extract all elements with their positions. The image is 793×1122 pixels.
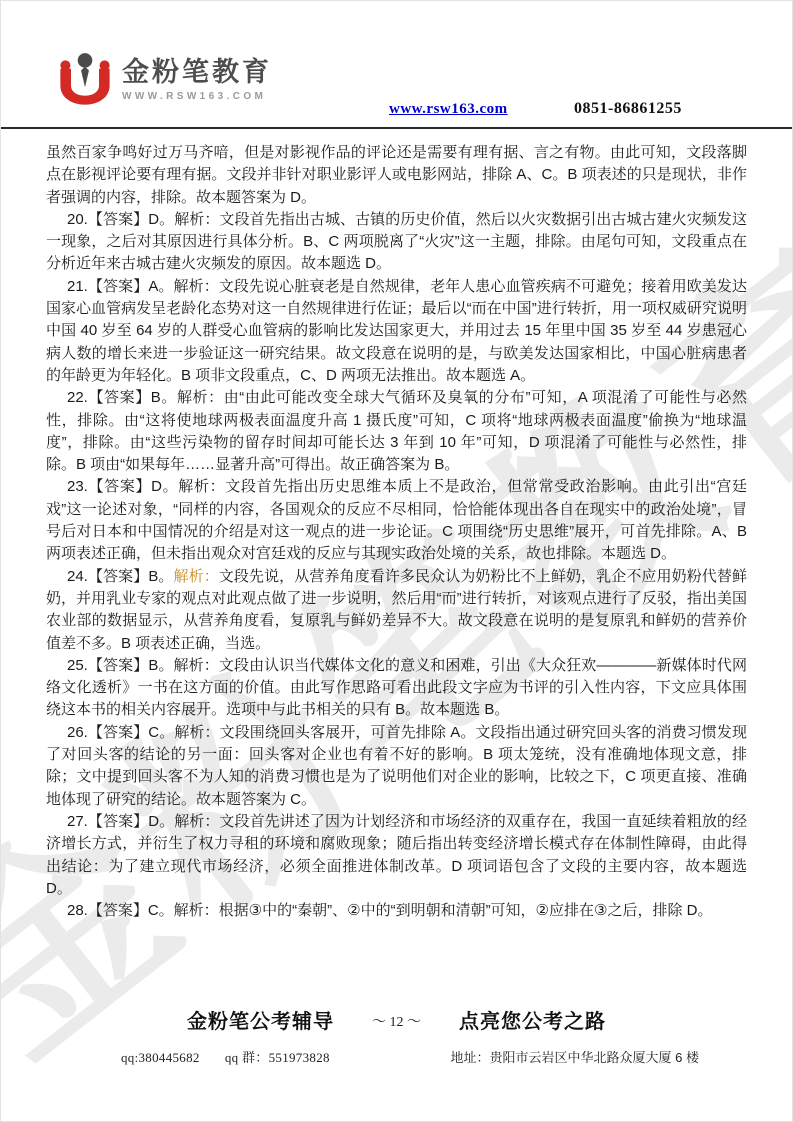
logo-title: 金粉笔教育 — [122, 58, 272, 88]
document-page: 金粉笔教育 金粉笔教育 WWW.RSW163.COM www.rsw163.co… — [0, 0, 793, 1122]
logo: 金粉笔教育 WWW.RSW163.COM — [57, 45, 272, 115]
answer-paragraph-27: 27.【答案】D。解析：文段首先讲述了因为计划经济和市场经济的双重存在，我国一直… — [46, 811, 747, 900]
answer-paragraph-20: 20.【答案】D。解析：文段首先指出古城、古镇的历史价值，然后以火灾数据引出古城… — [46, 209, 747, 276]
footer-slogan-line: 金粉笔公考辅导～ 12 ～点亮您公考之路 — [1, 1005, 792, 1034]
website-link[interactable]: www.rsw163.com — [389, 101, 508, 118]
paragraph-text: 24.【答案】B。 — [67, 568, 174, 585]
answer-paragraph-19-continuation: 虽然百家争鸣好过万马齐喑，但是对影视作品的评论还是需要有理有据、言之有物。由此可… — [46, 142, 747, 209]
answer-paragraph-23: 23.【答案】D。解析：文段首先指出历史思维本质上不是政治，但常常受政治影响。由… — [46, 476, 747, 565]
page-header: 金粉笔教育 WWW.RSW163.COM www.rsw163.com 0851… — [1, 1, 792, 129]
answers-list: 虽然百家争鸣好过万马齐喑，但是对影视作品的评论还是需要有理有据、言之有物。由此可… — [1, 129, 792, 1000]
logo-subtitle: WWW.RSW163.COM — [122, 91, 272, 102]
page-number: ～ 12 ～ — [372, 1015, 421, 1030]
footer-contact-line: qq:380445682 qq 群：551973828 地址：贵阳市云岩区中华北… — [121, 1047, 699, 1066]
paragraph-text: 20.【答案】D。解析：文段首先指出古城、古镇的历史价值，然后以火灾数据引出古城… — [46, 211, 747, 273]
paragraph-text: 23.【答案】D。解析：文段首先指出历史思维本质上不是政治，但常常受政治影响。由… — [46, 478, 747, 562]
paragraph-text: 21.【答案】A。解析：文段先说心脏衰老是自然规律，老年人患心血管疾病不可避免；… — [46, 278, 747, 384]
answer-paragraph-28: 28.【答案】C。解析：根据③中的“秦朝”、②中的“到明朝和清朝”可知，②应排在… — [46, 900, 747, 922]
answer-paragraph-22: 22.【答案】B。解析：由“由此可能改变全球大气循环及臭氧的分布”可知，A 项混… — [46, 387, 747, 476]
logo-text: 金粉笔教育 WWW.RSW163.COM — [122, 58, 272, 102]
paragraph-text: 22.【答案】B。解析：由“由此可能改变全球大气循环及臭氧的分布”可知，A 项混… — [46, 389, 747, 473]
answer-paragraph-25: 25.【答案】B。解析：文段由认识当代媒体文化的意义和困难，引出《大众狂欢———… — [46, 655, 747, 722]
qq-group-number: qq 群：551973828 — [225, 1050, 330, 1065]
footer-slogan: 点亮您公考之路 — [459, 1011, 606, 1033]
paragraph-text: 27.【答案】D。解析：文段首先讲述了因为计划经济和市场经济的双重存在，我国一直… — [46, 813, 747, 897]
answer-paragraph-24: 24.【答案】B。解析：文段先说，从营养角度看许多民众认为奶粉比不上鲜奶，乳企不… — [46, 566, 747, 655]
address-info: 地址：贵阳市云岩区中华北路众厦大厦 6 楼 — [451, 1047, 699, 1066]
qq-number: qq:380445682 — [121, 1050, 200, 1065]
answer-paragraph-26: 26.【答案】C。解析：文段围绕回头客展开，可首先排除 A。文段指出通过研究回头… — [46, 722, 747, 811]
paragraph-text: 虽然百家争鸣好过万马齐喑，但是对影视作品的评论还是需要有理有据、言之有物。由此可… — [46, 144, 747, 206]
paragraph-text: 28.【答案】C。解析：根据③中的“秦朝”、②中的“到明朝和清朝”可知，②应排在… — [67, 902, 712, 919]
logo-u-figure-icon — [57, 45, 113, 115]
paragraph-text: 26.【答案】C。解析：文段围绕回头客展开，可首先排除 A。文段指出通过研究回头… — [46, 724, 747, 808]
answer-paragraph-21: 21.【答案】A。解析：文段先说心脏衰老是自然规律，老年人患心血管疾病不可避免；… — [46, 276, 747, 387]
paragraph-text: 解析： — [174, 568, 219, 585]
qq-info: qq:380445682 qq 群：551973828 — [121, 1047, 330, 1066]
footer-brand: 金粉笔公考辅导 — [187, 1011, 334, 1033]
paragraph-text: 25.【答案】B。解析：文段由认识当代媒体文化的意义和困难，引出《大众狂欢———… — [46, 657, 747, 719]
phone-number: 0851-86861255 — [574, 100, 682, 118]
